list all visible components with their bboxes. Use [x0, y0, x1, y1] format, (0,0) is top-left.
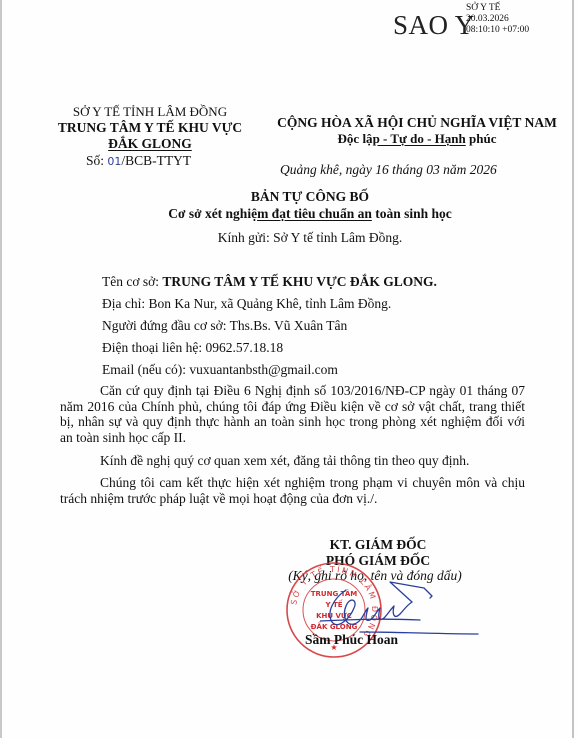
- copy-certification-meta: SỞ Y TẾ 20.03.2026 08:10:10 +07:00: [466, 3, 529, 36]
- issuing-agency-header: SỞ Y TẾ TỈNH LÂM ĐỒNG TRUNG TÂM Y TẾ KHU…: [40, 104, 260, 152]
- handwritten-number: 01: [107, 155, 121, 168]
- svg-text:Y TẾ: Y TẾ: [324, 599, 342, 609]
- contact-email: Email (nếu có): vuxuantanbsth@gmail.com: [102, 362, 338, 378]
- parent-agency: SỞ Y TẾ TỈNH LÂM ĐỒNG: [40, 104, 260, 120]
- title-main: BẢN TỰ CÔNG BỐ: [100, 188, 520, 205]
- certification-date: 20.03.2026: [466, 14, 529, 25]
- place-and-date: Quảng khê, ngày 16 tháng 03 năm 2026: [280, 162, 497, 178]
- body-paragraph-legal-basis: Căn cứ quy định tại Điều 6 Nghị định số …: [60, 383, 525, 445]
- copy-certification-label: SAO Y: [393, 10, 475, 41]
- certification-time: 08:10:10 +07:00: [466, 25, 529, 36]
- contact-phone: Điện thoại liên hệ: 0962.57.18.18: [102, 340, 283, 356]
- facility-head: Người đứng đầu cơ sở: Ths.Bs. Vũ Xuân Tâ…: [102, 318, 347, 334]
- signature-title-2: PHÓ GIÁM ĐỐC: [283, 553, 473, 569]
- facility-address: Địa chỉ: Bon Ka Nur, xã Quảng Khê, tỉnh …: [102, 296, 391, 312]
- certification-issuer: SỞ Y TẾ: [466, 3, 529, 14]
- signatory-name: Sầm Phúc Hoan: [305, 632, 398, 648]
- body-paragraph-commitment: Chúng tôi cam kết thực hiện xét nghiệm t…: [60, 475, 525, 506]
- page-border-right: [572, 0, 574, 738]
- document-title: BẢN TỰ CÔNG BỐ Cơ sở xét nghiệm đạt tiêu…: [100, 188, 520, 222]
- title-sub: Cơ sở xét nghiệm đạt tiêu chuẩn an toàn …: [100, 205, 520, 222]
- document-page: SAO Y SỞ Y TẾ 20.03.2026 08:10:10 +07:00…: [0, 0, 577, 738]
- svg-text:KHU VỰC: KHU VỰC: [316, 612, 352, 620]
- body-paragraph-request: Kính đề nghị quý cơ quan xem xét, đăng t…: [60, 453, 525, 469]
- agency-name-line2: ĐẮK GLONG: [40, 136, 260, 152]
- svg-text:ĐẮK GLONG: ĐẮK GLONG: [311, 621, 358, 631]
- recipient: Kính gửi: Sở Y tế tỉnh Lâm Đồng.: [100, 230, 520, 246]
- national-header: CỘNG HÒA XÃ HỘI CHỦ NGHĨA VIỆT NAM Độc l…: [262, 115, 572, 147]
- signature-instruction: (Ký, ghi rõ họ, tên và đóng dấu): [280, 568, 470, 584]
- national-motto: Độc lập - Tự do - Hạnh phúc: [262, 131, 572, 147]
- facility-name: Tên cơ sở: TRUNG TÂM Y TẾ KHU VỰC ĐẮK GL…: [102, 274, 437, 290]
- signature-title-1: KT. GIÁM ĐỐC: [283, 537, 473, 553]
- page-border-left: [0, 0, 2, 738]
- agency-name-line1: TRUNG TÂM Y TẾ KHU VỰC: [40, 120, 260, 136]
- document-number: Số: 01/BCB-TTYT: [86, 153, 191, 169]
- svg-text:TRUNG TÂM: TRUNG TÂM: [311, 589, 358, 598]
- nation-name: CỘNG HÒA XÃ HỘI CHỦ NGHĨA VIỆT NAM: [262, 115, 572, 131]
